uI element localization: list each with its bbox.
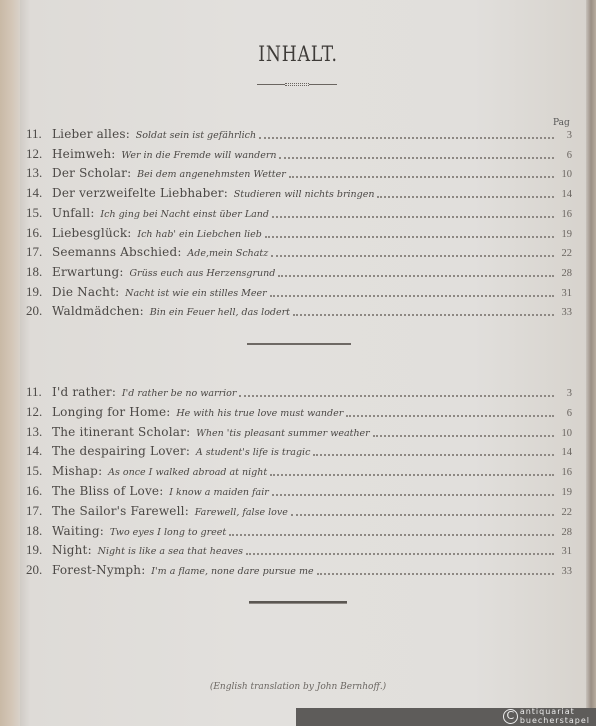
entry-first-line: Bin ein Feuer hell, das lodert xyxy=(150,307,290,318)
translation-credit: (English translation by John Bernhoff.) xyxy=(0,682,596,692)
entry-title: Heimweh xyxy=(52,147,111,161)
entry-colon: : xyxy=(119,265,123,279)
entry-number: 14. xyxy=(26,443,52,459)
entry-first-line: Wer in die Fremde will wandern xyxy=(121,150,276,161)
entry-page-number: 31 xyxy=(556,546,572,557)
entry-first-line: A student's life is tragic xyxy=(196,447,310,458)
contents-entry: 14.The despairing Lover:A student's life… xyxy=(26,443,572,461)
entry-colon: : xyxy=(159,484,163,498)
entry-page-number: 14 xyxy=(556,447,572,458)
entry-page-number: 3 xyxy=(556,388,572,399)
entry-colon: : xyxy=(127,166,131,180)
dot-leader xyxy=(291,514,554,516)
entry-first-line: Night is like a sea that heaves xyxy=(98,546,243,557)
entry-title: Liebesglück xyxy=(52,226,127,240)
entry-number: 12. xyxy=(26,146,52,162)
dot-leader xyxy=(317,573,554,575)
contents-entry: 20.Forest-Nymph:I'm a flame, none dare p… xyxy=(26,562,572,580)
entry-number: 19. xyxy=(26,284,52,300)
entry-title: Der verzweifelte Liebhaber xyxy=(52,186,224,200)
contents-entry: 13.The itinerant Scholar:When 'tis pleas… xyxy=(26,424,572,442)
contents-entry: 12.Longing for Home:He with his true lov… xyxy=(26,404,572,422)
entry-colon: : xyxy=(185,504,189,518)
entry-colon: : xyxy=(224,186,228,200)
entry-first-line: I'd rather be no warrior xyxy=(122,388,237,399)
end-divider xyxy=(249,601,347,604)
contents-entry: 16.The Bliss of Love:I know a maiden fai… xyxy=(26,483,572,501)
entry-colon: : xyxy=(140,304,144,318)
entry-page-number: 19 xyxy=(556,229,572,240)
entry-page-number: 3 xyxy=(556,130,572,141)
dot-leader xyxy=(271,255,554,257)
entry-page-number: 10 xyxy=(556,169,572,180)
contents-entry: 17.The Sailor's Farewell:Farewell, false… xyxy=(26,503,572,521)
page-edge-right xyxy=(586,0,596,726)
entry-first-line: Farewell, false love xyxy=(195,507,288,518)
dot-leader xyxy=(229,534,554,536)
dot-leader xyxy=(265,236,554,238)
dot-leader xyxy=(377,196,554,198)
entry-title: Erwartung xyxy=(52,265,119,279)
entry-first-line: As once I walked abroad at night xyxy=(108,467,267,478)
entry-colon: : xyxy=(127,226,131,240)
entry-page-number: 6 xyxy=(556,408,572,419)
entry-colon: : xyxy=(141,563,145,577)
entry-first-line: He with his true love must wander xyxy=(176,408,343,419)
entry-page-number: 10 xyxy=(556,428,572,439)
entry-number: 16. xyxy=(26,225,52,241)
entry-first-line: Two eyes I long to greet xyxy=(110,527,226,538)
entry-first-line: Ich hab' ein Liebchen lieb xyxy=(137,229,262,240)
entry-colon: : xyxy=(98,464,102,478)
entry-colon: : xyxy=(88,543,92,557)
entry-page-number: 16 xyxy=(556,467,572,478)
entry-page-number: 31 xyxy=(556,288,572,299)
contents-entry: 11.Lieber alles:Soldat sein ist gefährli… xyxy=(26,126,572,144)
entry-title: Die Nacht xyxy=(52,285,115,299)
dot-leader xyxy=(373,435,554,437)
entry-colon: : xyxy=(126,127,130,141)
entry-colon: : xyxy=(100,524,104,538)
entry-colon: : xyxy=(111,147,115,161)
dot-leader xyxy=(278,275,554,277)
entry-number: 20. xyxy=(26,303,52,319)
entry-number: 18. xyxy=(26,264,52,280)
entry-number: 15. xyxy=(26,463,52,479)
entry-number: 17. xyxy=(26,244,52,260)
entry-first-line: When 'tis pleasant summer weather xyxy=(196,428,370,439)
dot-leader xyxy=(289,176,554,178)
entry-title: Seemanns Abschied xyxy=(52,245,177,259)
entry-page-number: 33 xyxy=(556,566,572,577)
section-divider xyxy=(247,343,351,345)
contents-entry: 18.Waiting:Two eyes I long to greet28 xyxy=(26,523,572,541)
entry-title: Waldmädchen xyxy=(52,304,140,318)
entry-page-number: 16 xyxy=(556,209,572,220)
contents-entry: 18.Erwartung:Grüss euch aus Herzensgrund… xyxy=(26,264,572,282)
contents-entry: 14.Der verzweifelte Liebhaber:Studieren … xyxy=(26,185,572,203)
contents-entry: 15.Unfall:Ich ging bei Nacht einst über … xyxy=(26,205,572,223)
entry-title: I'd rather xyxy=(52,385,112,399)
entry-colon: : xyxy=(186,444,190,458)
entry-number: 19. xyxy=(26,542,52,558)
dot-leader xyxy=(293,314,554,316)
contents-entry: 15.Mishap:As once I walked abroad at nig… xyxy=(26,463,572,481)
contents-entry: 19.Die Nacht:Nacht ist wie ein stilles M… xyxy=(26,284,572,302)
entry-first-line: Studieren will nichts bringen xyxy=(234,189,375,200)
title-ornament xyxy=(257,81,337,87)
entry-title: The Bliss of Love xyxy=(52,484,159,498)
entry-first-line: Soldat sein ist gefährlich xyxy=(136,130,256,141)
entry-title: The despairing Lover xyxy=(52,444,186,458)
dot-leader xyxy=(346,415,554,417)
entry-page-number: 6 xyxy=(556,150,572,161)
entry-title: Waiting xyxy=(52,524,100,538)
contents-entry: 11.I'd rather:I'd rather be no warrior3 xyxy=(26,384,572,402)
entry-title: Mishap xyxy=(52,464,98,478)
contents-entry: 17.Seemanns Abschied:Ade,mein Schatz22 xyxy=(26,244,572,262)
entry-number: 15. xyxy=(26,205,52,221)
entry-title: The Sailor's Farewell xyxy=(52,504,185,518)
entry-colon: : xyxy=(177,245,181,259)
entry-title: Unfall xyxy=(52,206,90,220)
entry-colon: : xyxy=(115,285,119,299)
entry-number: 11. xyxy=(26,126,52,142)
entry-page-number: 28 xyxy=(556,268,572,279)
entry-number: 18. xyxy=(26,523,52,539)
watermark-line2: buecherstapel xyxy=(520,717,590,726)
page-binding-left xyxy=(0,0,20,726)
entry-title: Lieber alles xyxy=(52,127,126,141)
entry-colon: : xyxy=(112,385,116,399)
watermark-banner: C antiquariat buecherstapel xyxy=(296,708,596,726)
dot-leader xyxy=(272,494,554,496)
dot-leader xyxy=(272,216,554,218)
entry-first-line: Grüss euch aus Herzensgrund xyxy=(129,268,275,279)
entry-title: Der Scholar xyxy=(52,166,127,180)
dot-leader xyxy=(246,553,554,555)
entry-title: Longing for Home xyxy=(52,405,166,419)
entry-number: 12. xyxy=(26,404,52,420)
contents-entry: 12.Heimweh:Wer in die Fremde will wander… xyxy=(26,146,572,164)
contents-entry: 19.Night:Night is like a sea that heaves… xyxy=(26,542,572,560)
dot-leader xyxy=(270,474,554,476)
entry-page-number: 19 xyxy=(556,487,572,498)
dot-leader xyxy=(239,395,554,397)
entry-number: 16. xyxy=(26,483,52,499)
entry-first-line: Ich ging bei Nacht einst über Land xyxy=(100,209,269,220)
contents-entry: 20.Waldmädchen:Bin ein Feuer hell, das l… xyxy=(26,303,572,321)
entry-first-line: Ade,mein Schatz xyxy=(187,248,268,259)
entry-colon: : xyxy=(166,405,170,419)
entry-page-number: 33 xyxy=(556,307,572,318)
entry-number: 13. xyxy=(26,165,52,181)
entry-colon: : xyxy=(90,206,94,220)
entry-page-number: 22 xyxy=(556,507,572,518)
entry-title: Forest-Nymph xyxy=(52,563,141,577)
entry-number: 11. xyxy=(26,384,52,400)
contents-entry: 13.Der Scholar:Bei dem angenehmsten Wett… xyxy=(26,165,572,183)
dot-leader xyxy=(279,157,554,159)
entry-page-number: 14 xyxy=(556,189,572,200)
entry-page-number: 22 xyxy=(556,248,572,259)
entry-number: 14. xyxy=(26,185,52,201)
copyright-icon: C xyxy=(503,709,518,724)
entry-first-line: Nacht ist wie ein stilles Meer xyxy=(125,288,266,299)
entry-number: 20. xyxy=(26,562,52,578)
dot-leader xyxy=(259,137,554,139)
entry-first-line: Bei dem angenehmsten Wetter xyxy=(137,169,286,180)
page-title: INHALT. xyxy=(54,42,543,66)
entry-title: The itinerant Scholar xyxy=(52,425,186,439)
entry-page-number: 28 xyxy=(556,527,572,538)
entry-title: Night xyxy=(52,543,88,557)
entry-number: 13. xyxy=(26,424,52,440)
entry-first-line: I know a maiden fair xyxy=(169,487,269,498)
contents-entry: 16.Liebesglück:Ich hab' ein Liebchen lie… xyxy=(26,225,572,243)
book-page xyxy=(18,0,588,726)
entry-colon: : xyxy=(186,425,190,439)
dot-leader xyxy=(313,454,554,456)
entry-first-line: I'm a flame, none dare pursue me xyxy=(151,566,313,577)
entry-number: 17. xyxy=(26,503,52,519)
dot-leader xyxy=(270,295,554,297)
